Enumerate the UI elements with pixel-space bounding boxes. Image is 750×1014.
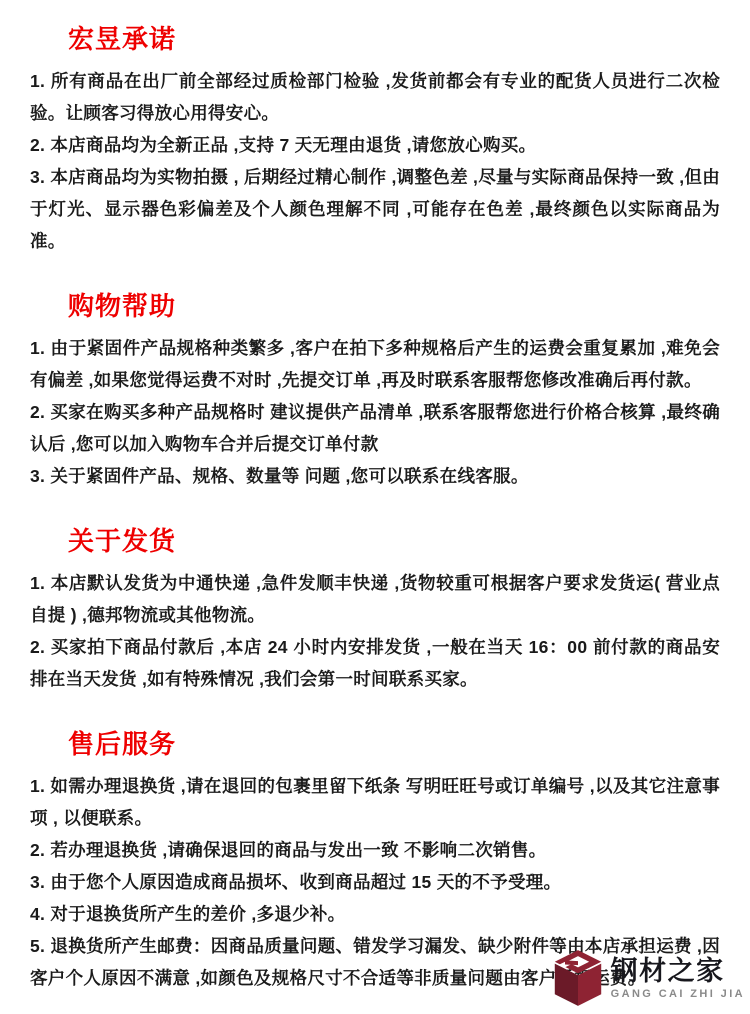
policy-item: 2. 买家在购买多种产品规格时 建议提供产品清单 ,联系客服帮您进行价格合核算 … [30,396,720,460]
section-store-promise: 宏昱承诺 1. 所有商品在出厂前全部经过质检部门检验 ,发货前都会有专业的配货人… [30,24,720,257]
policy-item: 2. 买家拍下商品付款后 ,本店 24 小时内安排发货 ,一般在当天 16：00… [30,631,720,695]
policy-item: 3. 本店商品均为实物拍摄 , 后期经过精心制作 ,调整色差 ,尽量与实际商品保… [30,161,720,257]
brand-logo: 钢材之家 GANG CAI ZHI JIA [552,948,745,1008]
section-shopping-help: 购物帮助 1. 由于紧固件产品规格种类繁多 ,客户在拍下多种规格后产生的运费会重… [30,291,720,492]
cube-logo-icon [552,948,604,1008]
section-shipping: 关于发货 1. 本店默认发货为中通快递 ,急件发顺丰快递 ,货物较重可根据客户要… [30,526,720,695]
brand-text: 钢材之家 GANG CAI ZHI JIA [611,956,745,1001]
policy-item: 2. 本店商品均为全新正品 ,支持 7 天无理由退货 ,请您放心购买。 [30,129,720,161]
policy-item: 4. 对于退换货所产生的差价 ,多退少补。 [30,898,720,930]
policy-item: 2. 若办理退换货 ,请确保退回的商品与发出一致 不影响二次销售。 [30,834,720,866]
section-title-shopping-help: 购物帮助 [68,291,720,322]
policy-item: 1. 由于紧固件产品规格种类繁多 ,客户在拍下多种规格后产生的运费会重复累加 ,… [30,332,720,396]
section-title-promise: 宏昱承诺 [68,24,720,55]
policy-item: 1. 如需办理退换货 ,请在退回的包裹里留下纸条 写明旺旺号或订单编号 ,以及其… [30,770,720,834]
policy-item: 1. 本店默认发货为中通快递 ,急件发顺丰快递 ,货物较重可根据客户要求发货运(… [30,567,720,631]
policy-item: 3. 关于紧固件产品、规格、数量等 问题 ,您可以联系在线客服。 [30,460,720,492]
section-title-shipping: 关于发货 [68,526,720,557]
policy-item: 1. 所有商品在出厂前全部经过质检部门检验 ,发货前都会有专业的配货人员进行二次… [30,65,720,129]
brand-name-en: GANG CAI ZHI JIA [611,988,745,1001]
policy-document: 宏昱承诺 1. 所有商品在出厂前全部经过质检部门检验 ,发货前都会有专业的配货人… [0,0,750,994]
policy-page: { "page": { "background": "#ffffff", "te… [0,0,750,1014]
section-title-after-sales: 售后服务 [68,729,720,760]
brand-name-cn: 钢材之家 [611,956,745,986]
policy-item: 3. 由于您个人原因造成商品损坏、收到商品超过 15 天的不予受理。 [30,866,720,898]
